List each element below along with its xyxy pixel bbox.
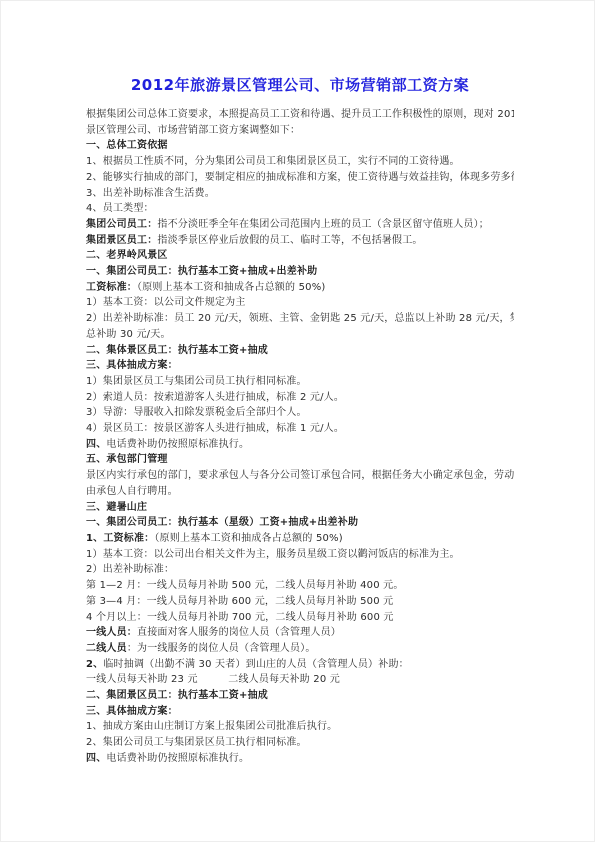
doc-line-text: ：为一线服务的岗位人员（含管理人员）。: [127, 643, 316, 654]
document-title: 2012年旅游景区管理公司、市场营销部工资方案: [86, 75, 514, 95]
doc-line-text: 第 3—4 月：一线人员每月补助 600 元，二线人员每月补助 500 元: [86, 596, 393, 607]
doc-line: 集团公司员工：指不分淡旺季全年在集团公司范围内上班的员工（含景区留守值班人员）；: [86, 217, 514, 233]
doc-line-text: 直接面对客人服务的岗位人员（含管理人员）: [137, 627, 341, 638]
doc-line-bold-text: 一、集团公司员工：执行基本工资+抽成+出差补助: [86, 266, 317, 277]
doc-line: 二、老界岭风景区: [86, 248, 514, 264]
doc-line: 二线人员：为一线服务的岗位人员（含管理人员）。: [86, 641, 514, 657]
doc-line: 4）景区员工：按景区游客人头进行抽成，标准 1 元/人。: [86, 421, 514, 437]
doc-line: 2、集团公司员工与集团景区员工执行相同标准。: [86, 735, 514, 751]
doc-line: 一、总体工资依据: [86, 138, 514, 154]
doc-line-bold-text: 集团公司员工：: [86, 219, 157, 230]
doc-line: 2）出差补助标准：: [86, 562, 514, 578]
doc-line-bold-text: 1、工资标准：: [86, 533, 154, 544]
doc-line-text: 1、抽成方案由山庄制订方案上报集团公司批准后执行。: [86, 721, 337, 732]
doc-line: 一、集团公司员工：执行基本工资+抽成+出差补助: [86, 264, 514, 280]
doc-line: 2、能够实行抽成的部门，要制定相应的抽成标准和方案，使工资待遇与效益挂钩，体现多…: [86, 170, 514, 186]
doc-line-text: 1、根据员工性质不同，分为集团公司员工和集团景区员工，实行不同的工资待遇。: [86, 156, 460, 167]
doc-line-bold-text: 二、集体景区员工：执行基本工资+抽成: [86, 345, 268, 356]
doc-line: 第 1—2 月：一线人员每月补助 500 元，二线人员每月补助 400 元。: [86, 578, 514, 594]
doc-line-bold-text: 2、: [86, 659, 103, 670]
doc-line-text: 指不分淡旺季全年在集团公司范围内上班的员工（含景区留守值班人员）；: [157, 219, 489, 230]
doc-line-bold-text: 工资标准：: [86, 282, 137, 293]
doc-line-text: 根据集团公司总体工资要求，本照提高员工工资和待遇、提升员工工作积极性的原则，现对…: [86, 109, 514, 120]
doc-line-text: 2）索道人员：按索道游客人头进行抽成，标准 2 元/人。: [86, 392, 344, 403]
doc-line: 由承包人自行聘用。: [86, 484, 514, 500]
doc-line: 1）基本工资：以公司出台相关文件为主，服务员星级工资以鹳河饭店的标准为主。: [86, 547, 514, 563]
doc-line: 1、抽成方案由山庄制订方案上报集团公司批准后执行。: [86, 719, 514, 735]
doc-line: 第 3—4 月：一线人员每月补助 600 元，二线人员每月补助 500 元: [86, 594, 514, 610]
doc-line-bold-text: 集团景区员工：: [86, 235, 157, 246]
doc-line-text: 第 1—2 月：一线人员每月补助 500 元，二线人员每月补助 400 元。: [86, 580, 404, 591]
doc-line-text: 1）基本工资：以公司文件规定为主: [86, 297, 246, 308]
doc-line-text: （原则上基本工资和抽成各占总额的 50%): [137, 282, 326, 293]
doc-line: 三、具体抽成方案：: [86, 704, 514, 720]
doc-line-text: 一线人员每天补助 23 元 二线人员每天补助 20 元: [86, 674, 340, 685]
doc-line: 三、具体抽成方案：: [86, 358, 514, 374]
doc-line-text: 1）基本工资：以公司出台相关文件为主，服务员星级工资以鹳河饭店的标准为主。: [86, 549, 460, 560]
doc-line-text: 4、员工类型：: [86, 203, 154, 214]
doc-line: 1）集团景区员工与集团公司员工执行相同标准。: [86, 374, 514, 390]
doc-line-bold-text: 一线人员：: [86, 627, 137, 638]
document-body: 根据集团公司总体工资要求，本照提高员工工资和待遇、提升员工工作积极性的原则，现对…: [86, 107, 514, 767]
doc-line-bold-text: 四、: [86, 439, 106, 450]
doc-line-text: 4）景区员工：按景区游客人头进行抽成，标准 1 元/人。: [86, 423, 344, 434]
doc-line: 三、避暑山庄: [86, 500, 514, 516]
doc-line: 1、根据员工性质不同，分为集团公司员工和集团景区员工，实行不同的工资待遇。: [86, 154, 514, 170]
doc-line: 四、电话费补助仍按照原标准执行。: [86, 437, 514, 453]
doc-line: 4 个月以上：一线人员每月补助 700 元，二线人员每月补助 600 元: [86, 610, 514, 626]
doc-line: 景区管理公司、市场营销部工资方案调整如下：: [86, 123, 514, 139]
doc-line-text: 电话费补助仍按照原标准执行。: [106, 753, 249, 764]
doc-line-text: 2）出差补助标准：员工 20 元/天，领班、主管、金钥匙 25 元/天，总监以上…: [86, 313, 514, 324]
doc-line: 一线人员每天补助 23 元 二线人员每天补助 20 元: [86, 672, 514, 688]
doc-line: 五、承包部门管理: [86, 452, 514, 468]
doc-line-text: 2、能够实行抽成的部门，要制定相应的抽成标准和方案，使工资待遇与效益挂钩，体现多…: [86, 172, 514, 183]
doc-line-bold-text: 二线人员: [86, 643, 127, 654]
doc-line-bold-text: 一、集团公司员工：执行基本（星级）工资+抽成+出差补助: [86, 517, 358, 528]
doc-line-bold-text: 四、: [86, 753, 106, 764]
doc-line-text: 指淡季景区停业后放假的员工、临时工等，不包括暑假工。: [157, 235, 422, 246]
doc-line-text: 2、集团公司员工与集团景区员工执行相同标准。: [86, 737, 307, 748]
document-page: 2012年旅游景区管理公司、市场营销部工资方案 根据集团公司总体工资要求，本照提…: [0, 0, 595, 842]
doc-line: 3、出差补助标准含生活费。: [86, 186, 514, 202]
doc-line-bold-text: 三、避暑山庄: [86, 502, 147, 513]
doc-line-text: 电话费补助仍按照原标准执行。: [106, 439, 249, 450]
doc-line-text: 2）出差补助标准：: [86, 564, 174, 575]
doc-line: 3）导游：导服收入扣除发票税金后全部归个人。: [86, 405, 514, 421]
doc-line: 二、集体景区员工：执行基本工资+抽成: [86, 343, 514, 359]
doc-line-text: 3）导游：导服收入扣除发票税金后全部归个人。: [86, 407, 307, 418]
doc-line-text: 4 个月以上：一线人员每月补助 700 元，二线人员每月补助 600 元: [86, 612, 394, 623]
doc-line-text: 总补助 30 元/天。: [86, 329, 171, 340]
doc-line-bold-text: 五、承包部门管理: [86, 454, 168, 465]
doc-line: 2、临时抽调（出勤不满 30 天者）到山庄的人员（含管理人员）补助：: [86, 657, 514, 673]
doc-line-text: （原则上基本工资和抽成各占总额的 50%): [154, 533, 343, 544]
doc-line: 一线人员：直接面对客人服务的岗位人员（含管理人员）: [86, 625, 514, 641]
doc-line-bold-text: 三、具体抽成方案：: [86, 706, 178, 717]
doc-line: 工资标准：（原则上基本工资和抽成各占总额的 50%): [86, 280, 514, 296]
doc-line-bold-text: 二、老界岭风景区: [86, 250, 168, 261]
doc-line-text: 1）集团景区员工与集团公司员工执行相同标准。: [86, 376, 307, 387]
doc-line: 一、集团公司员工：执行基本（星级）工资+抽成+出差补助: [86, 515, 514, 531]
doc-line: 2）出差补助标准：员工 20 元/天，领班、主管、金钥匙 25 元/天，总监以上…: [86, 311, 514, 327]
doc-line: 根据集团公司总体工资要求，本照提高员工工资和待遇、提升员工工作积极性的原则，现对…: [86, 107, 514, 123]
doc-line: 1）基本工资：以公司文件规定为主: [86, 295, 514, 311]
doc-line: 二、集团景区员工：执行基本工资+抽成: [86, 688, 514, 704]
doc-line: 集团景区员工：指淡季景区停业后放假的员工、临时工等，不包括暑假工。: [86, 233, 514, 249]
document-content: 2012年旅游景区管理公司、市场营销部工资方案 根据集团公司总体工资要求，本照提…: [86, 75, 514, 767]
doc-line: 四、电话费补助仍按照原标准执行。: [86, 751, 514, 767]
doc-line: 4、员工类型：: [86, 201, 514, 217]
doc-line-text: 3、出差补助标准含生活费。: [86, 188, 215, 199]
doc-line-text: 景区内实行承包的部门，要求承包人与各分公司签订承包合同，根据任务大小确定承包金，…: [86, 470, 514, 481]
doc-line-bold-text: 二、集团景区员工：执行基本工资+抽成: [86, 690, 268, 701]
doc-line-bold-text: 一、总体工资依据: [86, 140, 168, 151]
doc-line: 总补助 30 元/天。: [86, 327, 514, 343]
doc-line-bold-text: 三、具体抽成方案：: [86, 360, 178, 371]
doc-line-text: 临时抽调（出勤不满 30 天者）到山庄的人员（含管理人员）补助：: [103, 659, 408, 670]
doc-line: 1、工资标准：（原则上基本工资和抽成各占总额的 50%): [86, 531, 514, 547]
doc-line: 2）索道人员：按索道游客人头进行抽成，标准 2 元/人。: [86, 390, 514, 406]
doc-line-text: 景区管理公司、市场营销部工资方案调整如下：: [86, 125, 300, 136]
doc-line-text: 由承包人自行聘用。: [86, 486, 178, 497]
doc-line: 景区内实行承包的部门，要求承包人与各分公司签订承包合同，根据任务大小确定承包金，…: [86, 468, 514, 484]
